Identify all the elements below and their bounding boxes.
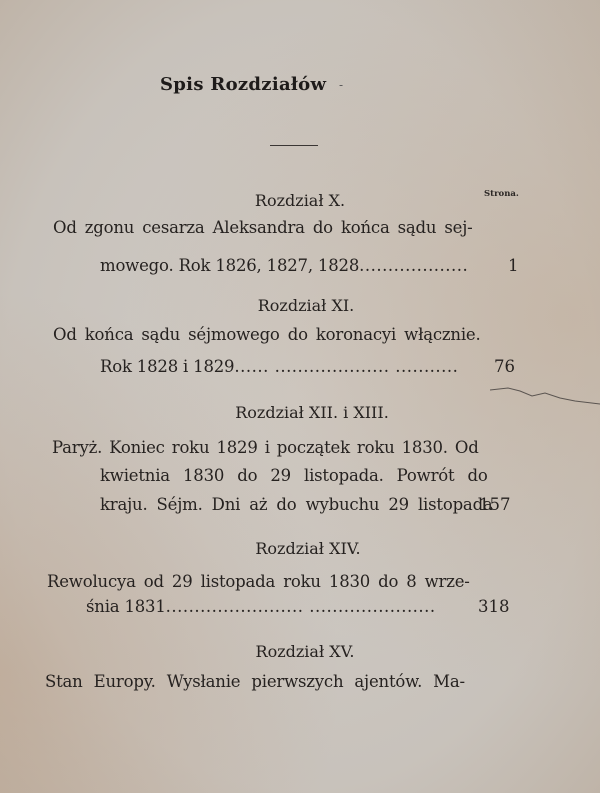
chapter-heading: Rozdział XIV. (0, 539, 600, 558)
chapter-heading: Rozdział XII. i XIII. (0, 403, 600, 422)
page-number: 1 (508, 256, 519, 275)
chapter-line-last: śnia 1831........................ ......… (86, 597, 436, 616)
chapter-line-text: śnia 1831 (86, 597, 166, 616)
chapter-line: Stan Europy. Wysłanie pierwszych ajentów… (45, 672, 465, 691)
chapter-line-text: Rok 1828 i 1829 (100, 357, 234, 376)
chapter-heading: Rozdział XI. (0, 296, 600, 315)
book-page: Spis Rozdziałów - Strona. Rozdział X. Od… (0, 0, 600, 793)
leader-dots: ...... .................... ........... (234, 357, 458, 376)
chapter-heading: Rozdział XV. (0, 642, 600, 661)
chapter-line-text: mowego. Rok 1826, 1827, 1828 (100, 256, 359, 275)
leader-dots: ................... (359, 256, 468, 275)
page-number: 157 (479, 495, 511, 514)
page-number: 76 (494, 357, 515, 376)
page-number: 318 (478, 597, 510, 616)
chapter-line: Rewolucya od 29 listopada roku 1830 do 8… (47, 572, 470, 591)
page-title: Spis Rozdziałów (160, 74, 326, 95)
chapter-line-last: mowego. Rok 1826, 1827, 1828............… (100, 256, 468, 275)
divider-rule (270, 145, 318, 146)
chapter-line: Od zgonu cesarza Aleksandra do końca sąd… (53, 218, 473, 237)
leader-dots: ........................ ...............… (166, 597, 436, 616)
chapter-line: Od końca sądu séjmowego do koronacyi włą… (53, 325, 481, 344)
chapter-heading: Rozdział X. (0, 191, 600, 210)
chapter-line-last: kraju. Séjm. Dni aż do wybuchu 29 listop… (100, 495, 493, 514)
chapter-line: kwietnia 1830 do 29 listopada. Powrót do (100, 466, 488, 485)
ink-mark: - (339, 78, 343, 92)
chapter-line-last: Rok 1828 i 1829...... ..................… (100, 357, 458, 376)
chapter-line: Paryż. Koniec roku 1829 i początek roku … (52, 438, 479, 457)
